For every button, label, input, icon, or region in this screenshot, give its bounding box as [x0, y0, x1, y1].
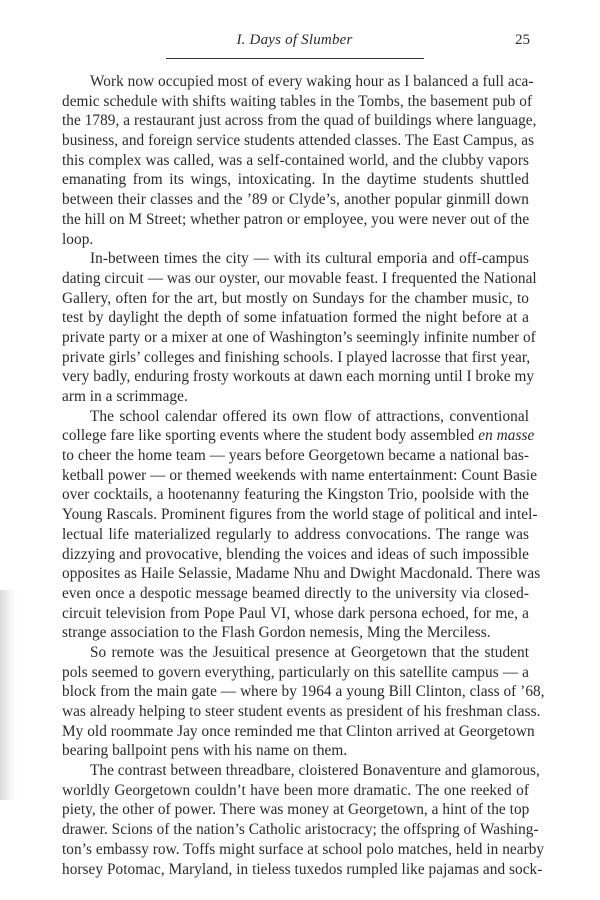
text-line: block from the main gate — where by 1964…	[62, 682, 529, 702]
paragraph: The contrast between threadbare, cloiste…	[62, 761, 529, 879]
running-head-title: I. Days of Slumber	[166, 32, 423, 49]
body-text: Work now occupied most of every waking h…	[62, 72, 529, 879]
paragraph: So remote was the Jesuitical presence at…	[62, 643, 529, 761]
text-line: lectual life materialized regularly to a…	[62, 525, 529, 545]
paragraph: The school calendar offered its own flow…	[62, 407, 529, 643]
text-line: ketball power — or themed weekends with …	[62, 466, 529, 486]
text-line: worldly Georgetown couldn’t have been mo…	[62, 781, 529, 801]
text-line: college fare like sporting events where …	[62, 426, 529, 446]
text-line: business, and foreign service students a…	[62, 131, 529, 151]
text-line: In-between times the city — with its cul…	[62, 249, 529, 269]
text-line: dating circuit — was our oyster, our mov…	[62, 269, 529, 289]
text-line: ton’s embassy row. Toffs might surface a…	[62, 840, 529, 860]
text-line: was already helping to steer student eve…	[62, 702, 529, 722]
text-line: over cocktails, a hootenanny featuring t…	[62, 485, 529, 505]
text-line: Gallery, often for the art, but mostly o…	[62, 289, 529, 309]
text-line: Work now occupied most of every waking h…	[62, 72, 529, 92]
text-line: private girls’ colleges and finishing sc…	[62, 348, 529, 368]
text-line: The contrast between threadbare, cloiste…	[62, 761, 529, 781]
text-line: pols seemed to govern everything, partic…	[62, 663, 529, 683]
italic-phrase: en masse	[478, 427, 534, 444]
text-line: bearing ballpoint pens with his name on …	[62, 741, 529, 761]
text-line: this complex was called, was a self-cont…	[62, 151, 529, 171]
text-line: to cheer the home team — years before Ge…	[62, 446, 529, 466]
text-line: private party or a mixer at one of Washi…	[62, 328, 529, 348]
page-number: 25	[508, 32, 530, 49]
text-line: opposites as Haile Selassie, Madame Nhu …	[62, 564, 529, 584]
text-line: circuit television from Pope Paul VI, wh…	[62, 604, 529, 624]
text-line: So remote was the Jesuitical presence at…	[62, 643, 529, 663]
text-line: test by daylight the depth of some infat…	[62, 308, 529, 328]
text-line: the hill on M Street; whether patron or …	[62, 210, 529, 230]
paragraph: In-between times the city — with its cul…	[62, 249, 529, 407]
text-fragment: college fare like sporting events where …	[62, 427, 478, 444]
paragraph: Work now occupied most of every waking h…	[62, 72, 529, 249]
text-line: between their classes and the ’89 or Cly…	[62, 190, 529, 210]
text-line: the 1789, a restaurant just across from …	[62, 111, 529, 131]
text-line: piety, the other of power. There was mon…	[62, 800, 529, 820]
text-line: strange association to the Flash Gordon …	[62, 623, 529, 643]
text-line: My old roommate Jay once reminded me tha…	[62, 722, 529, 742]
text-line: dizzying and provocative, blending the v…	[62, 545, 529, 565]
text-line: Young Rascals. Prominent figures from th…	[62, 505, 529, 525]
text-line: arm in a scrimmage.	[62, 387, 529, 407]
header-rule	[166, 58, 424, 59]
text-line: horsey Potomac, Maryland, in tieless tux…	[62, 860, 529, 880]
text-line: emanating from its wings, intoxicating. …	[62, 170, 529, 190]
text-line: demic schedule with shifts waiting table…	[62, 92, 529, 112]
text-line: drawer. Scions of the nation’s Catholic …	[62, 820, 529, 840]
text-line: The school calendar offered its own flow…	[62, 407, 529, 427]
page-edge-shadow	[0, 590, 18, 800]
text-line: very badly, enduring frosty workouts at …	[62, 367, 529, 387]
text-line: even once a despotic message beamed dire…	[62, 584, 529, 604]
text-line: loop.	[62, 230, 529, 250]
